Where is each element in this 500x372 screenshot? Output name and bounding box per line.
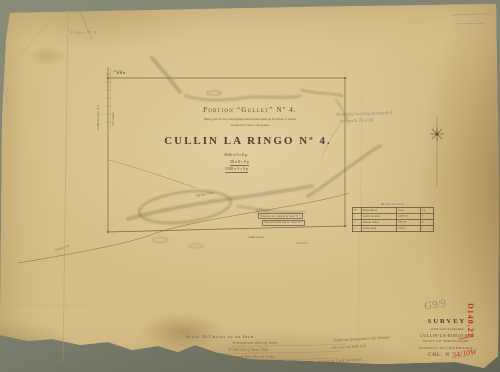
top-boundary-ticks-label: 160 chs <box>113 70 122 73</box>
survey-heading: SURVEY <box>428 319 467 326</box>
camp-reserve-label: Camp reserve <box>248 236 265 239</box>
area-total: 5646 a 0 r 0 p <box>224 153 247 157</box>
reference-table-caption: Reference <box>352 202 434 206</box>
reserve-box-note-1: Reserved for camping & water Nº 1 <box>258 213 303 219</box>
folder-note: Folder Nº 9 <box>70 31 97 36</box>
surveyor-signature: F. Clarke Licd Surveyor <box>318 357 362 365</box>
ref-cell: Water hole <box>362 225 397 231</box>
district-line-1: DISTT OF SPRINGSURE <box>423 340 469 343</box>
reserve-box-note-2: Reserved from sale for water Nº 2 <box>262 220 305 226</box>
chl-label: CHL. N <box>428 353 450 358</box>
scanned-survey-map: Folder Nº 9 Portion “Gullet” Nº 4. Being… <box>0 0 500 372</box>
red-catalogue-stamp: D140.21 <box>466 303 474 338</box>
title-subline-2: in behalf of their land grants <box>231 124 270 127</box>
certification-line-2: Nº 68·125 of June 25th <box>228 348 268 352</box>
survey-subline: of Part of Nº 4 of the Run <box>431 328 464 331</box>
ref-cell: 5·0·0 <box>397 225 421 231</box>
table-row: 3 Water hole 5·0·0 1 <box>353 225 434 231</box>
west-boundary-label-outside: Cullin la ringo Nº 3 <box>97 72 100 130</box>
reference-table: Reference Nº Description Area Lg 1 Gully… <box>352 202 434 232</box>
certification-line-3: signed Wm Alcock Tully <box>232 355 274 359</box>
portion-title: Portion “Gullet” Nº 4. <box>203 107 297 114</box>
certification-line-1: Transmitted with my letter <box>232 341 278 345</box>
scale-statement: Scale 20 Chains to an Inch. <box>186 335 255 339</box>
title-subline-1: Being part of the consolidated selection… <box>204 118 297 121</box>
ref-cell: 1 <box>420 225 433 231</box>
area-net: 5588 a 0 r 0 p <box>225 167 248 173</box>
main-title: CULLIN LA RINGO Nº 4. <box>164 136 332 147</box>
west-boundary-label-inside: 320 chains <box>112 80 115 126</box>
ref-cell: 3 <box>353 225 362 231</box>
aged-paper-sheet <box>0 0 500 372</box>
acreage-label: 640 acres <box>296 242 308 245</box>
